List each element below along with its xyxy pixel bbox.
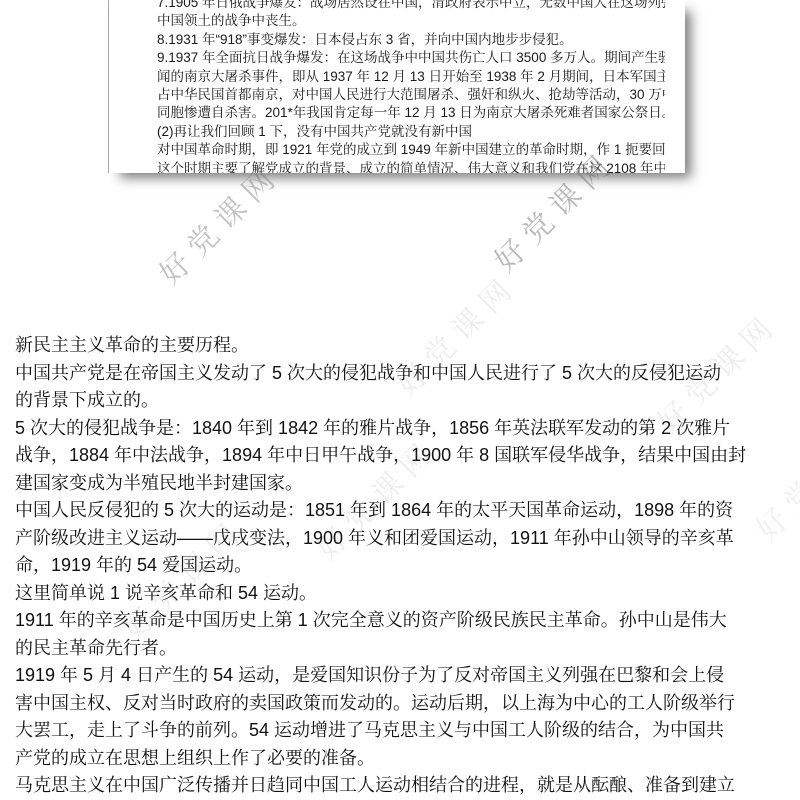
text-line: 产阶级改进主义运动——戊戌变法，1900 年义和团爱国运动，1911 年孙中山领… — [15, 525, 787, 553]
text-line: 害中国主权、反对当时政府的卖国政策而发动的。运动后期，以上海为中心的工人阶级举行 — [15, 690, 787, 718]
text-line: 对中国革命时期，即 1921 年党的成立到 1949 年新中国建立的革命时期，作… — [157, 141, 665, 159]
previous-page-card: 7.1905 年日俄战争爆发：战场居然设在中国，清政府表示中立，无数中国人在这场… — [108, 0, 685, 173]
text-line: 1919 年 5 月 4 日产生的 54 运动，是爱国知识份子为了反对帝国主义列… — [15, 662, 787, 690]
text-line: 闻的南京大屠杀事件，即从 1937 年 12 月 13 日开始至 1938 年 … — [157, 68, 665, 86]
text-line: 7.1905 年日俄战争爆发：战场居然设在中国，清政府表示中立，无数中国人在这场… — [157, 0, 665, 12]
text-line: 的民主革命先行者。 — [15, 635, 787, 663]
text-line: 的背景下成立的。 — [15, 387, 787, 415]
text-line: 命，1919 年的 54 爱国运动。 — [15, 552, 787, 580]
body-text: 新民主主义革命的主要历程。中国共产党是在帝国主义发动了 5 次大的侵犯战争和中国… — [15, 332, 787, 800]
text-line: 马克思主义在中国广泛传播并日趋同中国工人运动相结合的进程，就是从酝酿、准备到建立 — [15, 772, 787, 800]
text-line: 产党的成立在思想上组织上作了必要的准备。 — [15, 745, 787, 773]
text-line: 1911 年的辛亥革命是中国历史上第 1 次完全意义的资产阶级民族民主革命。孙中… — [15, 607, 787, 635]
text-line: 新民主主义革命的主要历程。 — [15, 332, 787, 360]
text-line: 中国共产党是在帝国主义发动了 5 次大的侵犯战争和中国人民进行了 5 次大的反侵… — [15, 360, 787, 388]
text-line: 占中华民国首都南京，对中国人民进行大范围屠杀、强奸和纵火、抢劫等活动，30 万中… — [157, 86, 665, 104]
text-line: 5 次大的侵犯战争是：1840 年到 1842 年的雅片战争，1856 年英法联… — [15, 415, 787, 443]
text-line: 这个时期主要了解党成立的背景、成立的简单情况、伟大意义和我们党在这 2108 年… — [157, 160, 665, 173]
text-line: 8.1931 年“918”事变爆发：日本侵占东 3 省，并向中国内地步步侵犯。 — [157, 31, 665, 49]
text-line: 9.1937 年全面抗日战争爆发：在这场战争中中国共伤亡人口 3500 多万人。… — [157, 49, 665, 67]
text-line: 大罢工，走上了斗争的前列。54 运动增进了马克思主义与中国工人阶级的结合，为中国… — [15, 717, 787, 745]
text-line: 建国家变成为半殖民地半封建国家。 — [15, 470, 787, 498]
text-line: 中国人民反侵犯的 5 次大的运动是：1851 年到 1864 年的太平天国革命运… — [15, 497, 787, 525]
text-line: 战争，1884 年中法战争，1894 年中日甲午战争，1900 年 8 国联军侵… — [15, 442, 787, 470]
text-line: (2)再让我们回顾 1 下，没有中国共产党就没有新中国 — [157, 123, 665, 141]
previous-page-text: 7.1905 年日俄战争爆发：战场居然设在中国，清政府表示中立，无数中国人在这场… — [109, 0, 685, 173]
text-line: 这里简单说 1 说辛亥革命和 54 运动。 — [15, 580, 787, 608]
text-line: 中国领土的战争中丧生。 — [157, 12, 665, 30]
text-line: 同胞惨遭自杀害。201*年我国肯定每一年 12 月 13 日为南京大屠杀死难者国… — [157, 104, 665, 122]
document-page: 7.1905 年日俄战争爆发：战场居然设在中国，清政府表示中立，无数中国人在这场… — [0, 0, 800, 800]
